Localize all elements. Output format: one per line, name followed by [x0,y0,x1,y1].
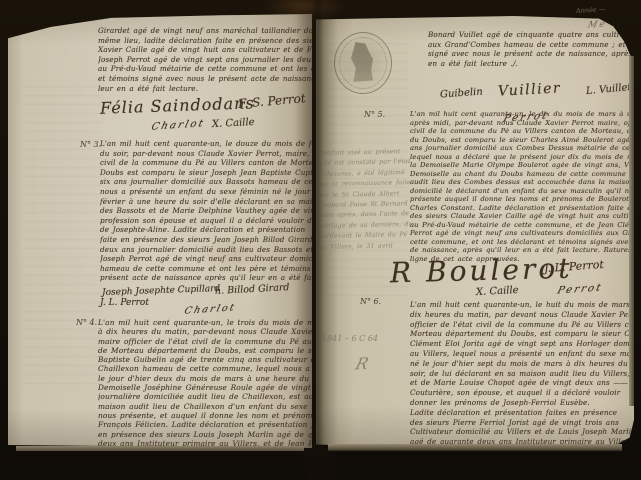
handwritten-line: au Pré-du-Vaud métairie de cette commune… [98,64,312,74]
handwritten-line: dix heures du matin, par devant nous Cla… [410,310,632,320]
handwritten-line: pardevant le Maire du Pé [319,230,413,242]
signature-paraph-perrot-2: Perrot [556,282,603,296]
handwritten-line: François Félicien. Ladite déclaration et… [98,420,312,429]
handwritten-line: présente auquel il donne les noms et pré… [410,195,632,204]
handwritten-line: L'an mil huit cent quarante-un, le douze… [100,139,312,149]
handwritten-line: soir, de lui déclarant en sa maison audi… [410,369,632,379]
handwritten-line: le jour d'hier deux du mois de mars à un… [98,374,312,383]
handwritten-line: même lieu, ladite déclaration faite en p… [98,36,312,46]
act-5-text: L'an mil huit cent quarante-un, le dix d… [410,110,632,263]
handwritten-line: L'an mil huit cent quarante-un, le dix d… [410,110,632,119]
page-stack-edge-right [328,444,622,451]
page-stack-edge-left [16,446,304,451]
handwritten-line: de Josephte-Aline. Ladite déclaration et… [100,225,312,235]
handwritten-line: Xavier Caille agé de vingt huit ans cult… [98,45,312,55]
handwritten-line: Morteau département du Doubs, est compar… [410,329,632,339]
handwritten-line: du soir, par-devant nous Claude Xavier P… [100,149,312,159]
handwritten-line: Baptiste Guibelin agé de trente cinq ans… [98,355,312,364]
right-page: Bonard Vuillet agé de cinquante quatre a… [316,16,634,448]
handwritten-line: Perrot agé de vingt neuf ans cultivateur… [410,229,632,238]
signature-paraph-charlot-2: Charlot [183,302,237,316]
act-6-margin-number: N° 6. [360,297,381,306]
signature-saindodans: Félia Saindodans [100,93,255,117]
left-page: Girardet agé de vingt neuf ans maréchal … [8,14,312,448]
handwritten-line: nous a présenté un enfant du sexe fémini… [100,187,312,197]
signature-guibelin: Guibelin [440,87,483,101]
signature-x-caille-2: X. Caille [476,285,519,298]
handwritten-line: Clément Eloi Jorita agé de vingt sept an… [410,339,632,349]
handwritten-line: L'an mil huit cent quarante-un, le huit … [410,300,632,310]
handwritten-line: Joseph Perrot agé de vingt neuf ans cult… [100,254,312,264]
corner-year-note: Année — [576,5,606,15]
act-2-closing-text: Girardet agé de vingt neuf ans maréchal … [98,26,312,93]
signature-billod-girard: h. Billod Girard [215,282,290,297]
signature-j-l-perrot-2: J. L. Perrot [544,258,605,275]
handwritten-line: Bonard Vuillet agé de cinquante quatre a… [428,30,630,40]
handwritten-line: cette commune, et ont les déclarant et t… [410,238,632,247]
handwritten-line: et témoins signé avec nous le présent ac… [98,74,312,84]
handwritten-line: présent acte de naissance après qu'il le… [100,273,312,283]
corner-paraph: Me [587,19,608,30]
act-4r-closing-text: Bonard Vuillet agé de cinquante quatre a… [428,30,630,68]
act-4-text: L'an mil huit cent quarante-un, le trois… [98,318,312,448]
handwritten-line: à dix heures du matin, par-devant nous C… [98,327,312,336]
handwritten-line: du Doubs, est comparu le sieur Charles A… [410,136,632,145]
handwritten-line: Chaillexon hameau de cette commune, lequ… [98,364,312,373]
handwritten-line: Girardet agé de vingt neuf ans maréchal … [98,26,312,36]
handwritten-line: Demoiselle Joséphine Généreuse Roule agé… [98,383,312,392]
handwritten-line: en présence des sieurs Louis Joseph Marl… [98,430,312,439]
handwritten-line: février à une heure du soir d'elle décla… [100,197,312,207]
handwritten-line: leur en a été fait lecture. [98,84,312,94]
handwritten-line: aux Grand'Combes hameau de cette commune… [428,40,630,50]
handwritten-line: Cultivateur domicilié au Villers et de L… [410,427,632,437]
handwritten-line: au Villers, lequel nous a présenté un en… [410,349,632,359]
handwritten-line: né le jour d'hier sept du mois de mars à… [410,359,632,369]
page-stack-edge-side [629,56,634,406]
handwritten-line: Doubs est comparu le sieur Joseph Jean B… [100,168,312,178]
handwritten-line: Demoiselle au chant du Doubs hameau de c… [410,170,632,179]
handwritten-line: faite en présence des sieurs Jean Joseph… [100,235,312,245]
handwritten-line: Ladite déclaration et présentation faite… [410,408,632,418]
act-3-margin-number: N° 3. [80,140,101,149]
handwritten-line: lequel nous a déclaré que le présent jou… [410,153,632,162]
handwritten-line: maison audit lieu de Chaillexon d'un enf… [98,402,312,411]
signature-cupillard: Joseph Josephte Cupillard [102,284,221,298]
handwritten-line: en a été fait lecture ./. [428,59,630,69]
act-5-margin-number: N° 5. [364,110,385,119]
handwritten-line: civil de la commune du Pé au Villers can… [100,158,312,168]
signature-x-caille: X. Caille [212,117,255,130]
act-3-text: L'an mil huit cent quarante-un, le douze… [100,139,312,283]
handwritten-line: six ans journalier domicilié aux Bassots… [100,177,312,187]
handwritten-line: L'an mil huit cent quarante-un, le trois… [98,318,312,327]
handwritten-line: et de Marie Louise Chopot agée de vingt … [410,378,632,388]
handwritten-line: officier de l'état civil de la commune d… [410,320,632,330]
margin-note-date: 1841 – 6 C 64 [322,334,378,343]
handwritten-line: au Pré-du-Vaud métairie de cette commune… [410,221,632,230]
handwritten-line: audit lieu des Combes dessus est accouch… [410,178,632,187]
handwritten-line: signé avec nous le présent acte de naiss… [428,49,630,59]
margin-note-paraph: R [353,354,372,374]
handwritten-line: donner les prénoms de Joseph-Ferriol Eus… [410,398,632,408]
handwritten-line: deux ans journalier domicilié audit lieu… [100,245,312,255]
bleedthrough-texture-left [22,84,102,384]
handwritten-line: des Bassots et de Marie Delphine Vauthey… [100,206,312,216]
handwritten-line: profession son épouse et auquel il a déc… [100,216,312,226]
handwritten-line: Joseph Perrot agé de vingt sept ans jour… [98,55,312,65]
signature-j-l-perrot: J. L. Perrot [100,298,149,308]
signature-l-vuillet: L. Vuillet [586,82,632,97]
handwritten-line: domicilié le déclarant d'un enfant du se… [410,187,632,196]
handwritten-line: des sieurs Pierre Ferriol Jorist agé de … [410,418,632,428]
signature-paraph-charlot: Charlot [150,118,206,133]
handwritten-line: ans journalier domicilié aux Combes Dess… [410,144,632,153]
register-photo: Girardet agé de vingt neuf ans maréchal … [0,0,641,480]
handwritten-line: nous présente, et auquel il donne les no… [98,411,312,420]
handwritten-line: Couturière, son épouse, et auquel il a d… [410,388,632,398]
handwritten-line: après midi, par-devant nous Claude Xavie… [410,119,632,128]
signature-vuillier: Vuillier [498,80,562,99]
handwritten-line: de Morteau département du Doubs, est com… [98,346,312,355]
act-4-margin-number: N° 4. [76,318,97,327]
handwritten-line: maire officier de l'état civil de la com… [98,337,312,346]
act-5-margin-note: L'enfant visé au présentacte est constat… [317,147,413,253]
handwritten-line: civil de la commune du Pé au Villers can… [410,127,632,136]
handwritten-line: la Demoiselle Marie Olympe Boulerot agée… [410,161,632,170]
embossed-stamp-icon [334,32,392,94]
handwritten-line: hameau de cette commune et ont les père … [100,264,312,274]
handwritten-line: Charles Constant. Ladite déclaration et … [410,204,632,213]
handwritten-line: des sieurs Claude Xavier Caille agé de v… [410,212,632,221]
act-6-text: L'an mil huit cent quarante-un, le huit … [410,300,632,447]
handwritten-line: au Villers, le 31 avril [319,241,413,253]
handwritten-line: journalière domiciliée audit lieu de Cha… [98,392,312,401]
